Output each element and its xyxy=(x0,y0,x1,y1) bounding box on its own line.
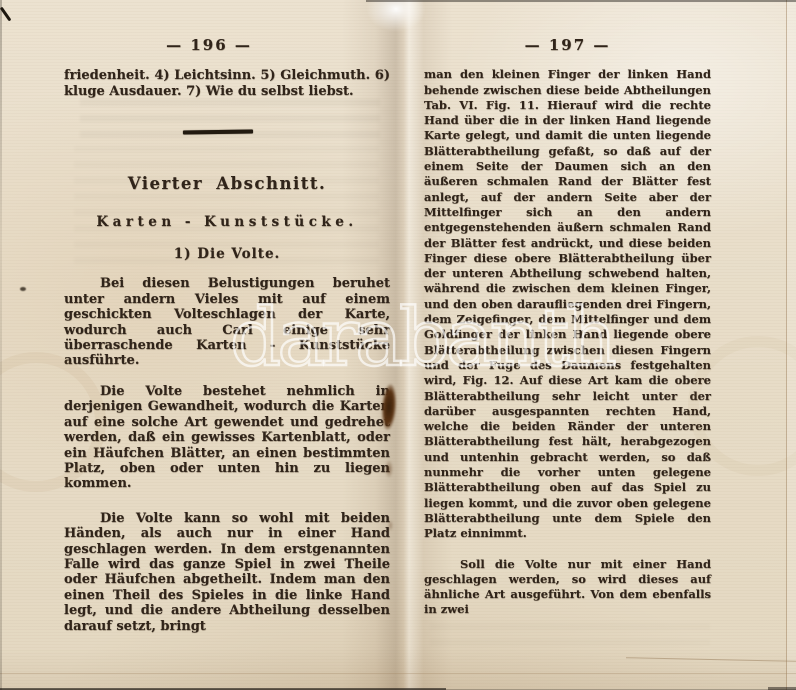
paragraph: Bei diesen Belustigungen beruhet unter a… xyxy=(64,276,390,368)
show-through-text xyxy=(430,616,710,646)
continuation-paragraph: man den kleinen Finger der linken Hand b… xyxy=(424,67,711,541)
item-heading: 1) Die Volte. xyxy=(64,247,390,262)
paragraph: Die Volte kann so wohl mit beiden Händen… xyxy=(64,511,390,634)
paragraph: Soll die Volte nur mit einer Hand geschl… xyxy=(424,557,711,618)
page-number-197: — 197 — xyxy=(424,38,711,53)
page-number-196: — 196 — xyxy=(64,38,354,53)
page-edge-bottom xyxy=(0,673,796,674)
page-edge-right-line xyxy=(786,0,787,690)
section-subheading: Karten - Kunststücke. xyxy=(64,215,390,230)
section-divider-rule xyxy=(183,130,253,135)
photo-edge-left xyxy=(0,0,2,690)
page-197: — 197 — man den kleinen Finger der linke… xyxy=(424,38,711,618)
section-heading: Vierter Abschnitt. xyxy=(64,176,390,191)
page-196: — 196 — friedenheit. 4) Leichtsinn. 5) G… xyxy=(64,38,390,634)
photo-edge-top xyxy=(366,0,796,2)
ink-blot xyxy=(385,460,393,478)
page-edge-right xyxy=(787,0,796,690)
page-bottom-shading xyxy=(0,648,796,690)
ink-speck xyxy=(388,520,393,531)
paragraph: Die Volte bestehet nehmlich in derjenige… xyxy=(64,384,390,492)
ink-speck xyxy=(20,287,26,291)
book-photo: — 196 — friedenheit. 4) Leichtsinn. 5) G… xyxy=(0,0,796,690)
continuation-paragraph: friedenheit. 4) Leichtsinn. 5) Gleichmut… xyxy=(64,68,390,99)
